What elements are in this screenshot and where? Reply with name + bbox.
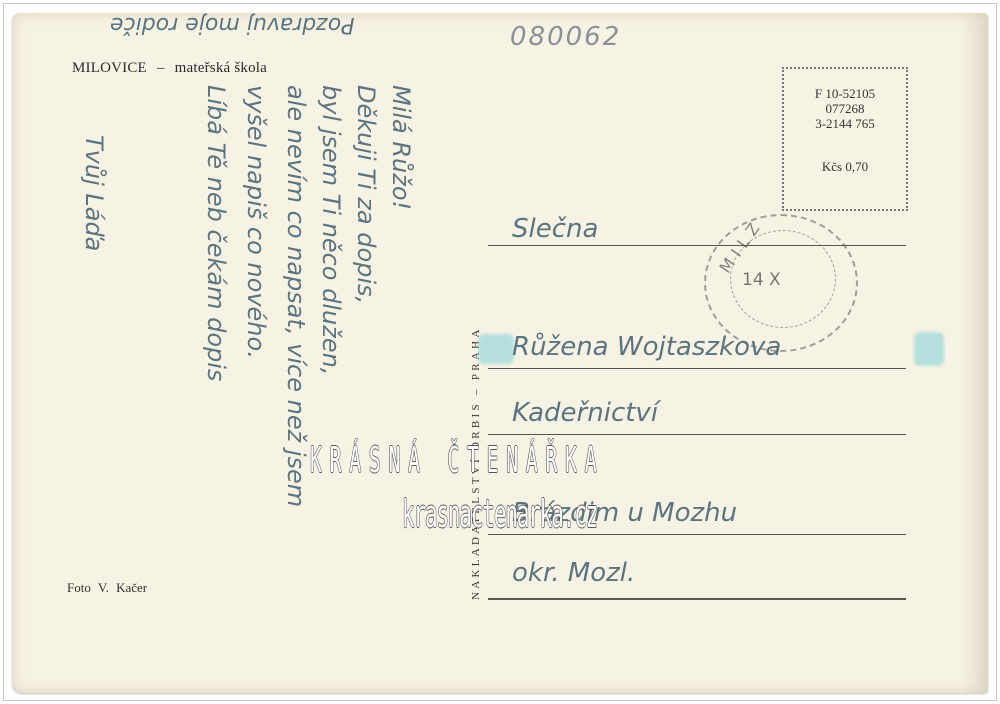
address-line-5: okr. Mozl. (512, 558, 635, 588)
stamp-code-2: 077268 (784, 101, 906, 116)
stamp-code-1: F 10-52105 (784, 86, 906, 101)
address-rule (488, 368, 906, 369)
message-line: Milá Růžo! (387, 85, 415, 210)
tape-residue-right (914, 332, 944, 366)
watermark-url: krasnactenarka.cz (402, 492, 597, 536)
postmark-date: 14 X (742, 270, 781, 290)
caption-subject: mateřská škola (175, 60, 267, 76)
stamp-price: Kčs 0,70 (784, 159, 906, 174)
caption-place: MILOVICE (72, 60, 147, 76)
photo-credit: Foto V. Kačer (67, 580, 147, 596)
message-line: vyšel napiš co nového. (242, 85, 270, 359)
message-line: Děkuji Ti za dopis, (352, 85, 380, 304)
address-line-2: Růžena Wojtaszkova (512, 332, 781, 362)
message-signature: Tvůj Láďa (80, 135, 108, 251)
tape-residue-left (478, 334, 514, 364)
address-line-1: Slečna (512, 214, 598, 244)
address-line-3: Kadeřnictví (512, 398, 658, 428)
address-rule (488, 598, 906, 600)
archive-number: 080062 (510, 22, 621, 52)
stamp-code-3: 3-2144 765 (784, 116, 906, 131)
handwritten-top-greeting: Pozdravuj moje rodiče (110, 12, 355, 37)
handwritten-message: Milá Růžo! Děkuji Ti za dopis, byl jsem … (30, 75, 450, 615)
message-line: Líbá Tě neb čekám dopis (202, 85, 230, 381)
address-rule (488, 245, 906, 246)
address-rule (488, 434, 906, 435)
stamp-box: F 10-52105 077268 3-2144 765 Kčs 0,70 (782, 67, 908, 211)
caption-dash: – (157, 60, 165, 76)
message-line: ale nevím co napsat, více než jsem (282, 85, 310, 507)
watermark-title: KRÁSNÁ ČTENÁŘKA (310, 440, 604, 481)
message-line: byl jsem Ti něco dlužen, (317, 85, 345, 375)
